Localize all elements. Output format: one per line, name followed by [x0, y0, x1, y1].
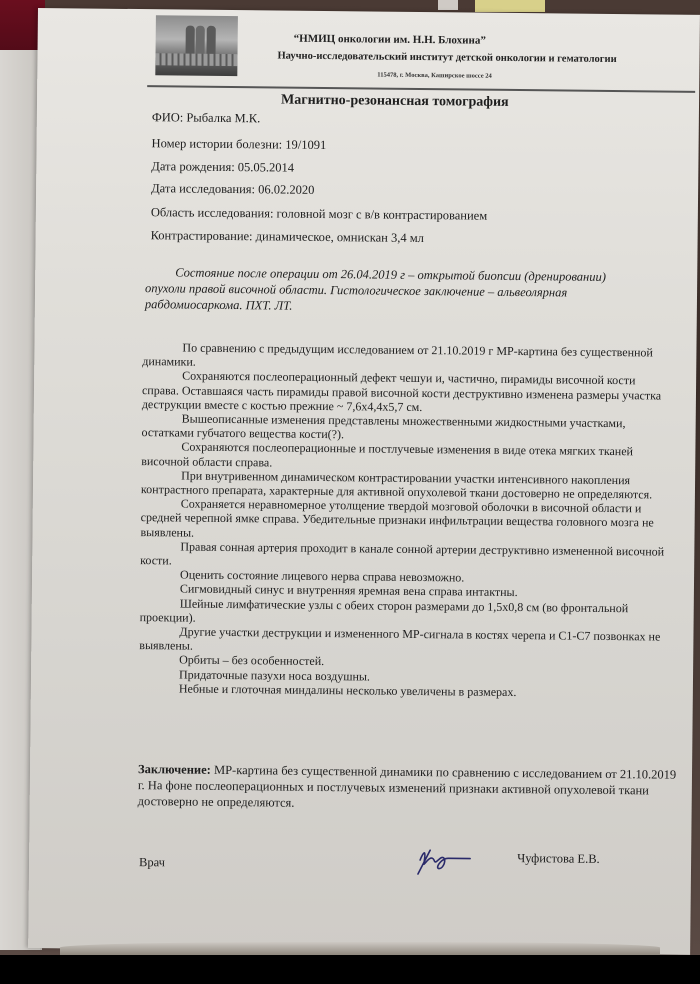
- finding-paragraph: Сохраняются послеоперационный дефект чеш…: [142, 369, 674, 417]
- field-case-number: Номер истории болезни: 19/1091: [152, 136, 327, 153]
- field-value: Рыбалка М.К.: [186, 111, 260, 126]
- field-label: Область исследования:: [151, 205, 274, 220]
- doctor-role: Врач: [139, 855, 165, 870]
- field-contrast: Контрастирование: динамическое, омнискан…: [151, 228, 424, 246]
- field-label: Контрастирование:: [151, 228, 253, 243]
- conclusion: Заключение: МР-картина без существенной …: [138, 761, 678, 815]
- field-patient-name: ФИО: Рыбалка М.К.: [152, 110, 261, 126]
- field-exam-date: Дата исследования: 06.02.2020: [151, 181, 314, 198]
- document-title: Магнитно-резонансная томография: [281, 93, 509, 111]
- field-label: ФИО:: [152, 110, 184, 124]
- conclusion-label: Заключение:: [138, 762, 211, 777]
- paper-scrap: [438, 0, 458, 10]
- field-value: 19/1091: [285, 138, 326, 152]
- field-value: головной мозг с в/в контрастированием: [277, 207, 488, 223]
- mri-report-page: “НМИЦ онкологии им. Н.Н. Блохина” Научно…: [28, 8, 700, 955]
- page-bottom-fold: [60, 942, 660, 956]
- org-name: “НМИЦ онкологии им. Н.Н. Блохина”: [294, 33, 486, 47]
- field-birth-date: Дата рождения: 05.05.2014: [151, 159, 294, 175]
- conclusion-text: МР-картина без существенной динамики по …: [138, 763, 677, 810]
- finding-paragraph: Сохраняется неравномерное утолщение твер…: [140, 496, 672, 544]
- field-label: Номер истории болезни:: [152, 136, 283, 151]
- header-divider: [147, 85, 695, 93]
- field-label: Дата рождения:: [151, 159, 235, 174]
- sticky-note: [475, 0, 545, 12]
- findings: По сравнению с предыдущим исследованием …: [139, 340, 675, 701]
- bottom-black-bar: [0, 955, 700, 984]
- org-institute: Научно-исследовательский институт детско…: [277, 51, 616, 66]
- org-address: 115478, г. Москва, Каширское шоссе 24: [377, 72, 492, 80]
- field-value: динамическое, омнискан 3,4 мл: [256, 229, 424, 245]
- field-value: 06.02.2020: [258, 182, 314, 197]
- clinical-history: Состояние после операции от 26.04.2019 г…: [145, 264, 665, 317]
- field-exam-area: Область исследования: головной мозг с в/…: [151, 205, 487, 224]
- handwritten-signature-icon: [412, 846, 472, 877]
- building-photo-icon: [155, 15, 238, 76]
- field-value: 05.05.2014: [238, 160, 294, 175]
- doctor-name: Чуфистова Е.В.: [517, 851, 600, 867]
- field-label: Дата исследования:: [151, 181, 255, 196]
